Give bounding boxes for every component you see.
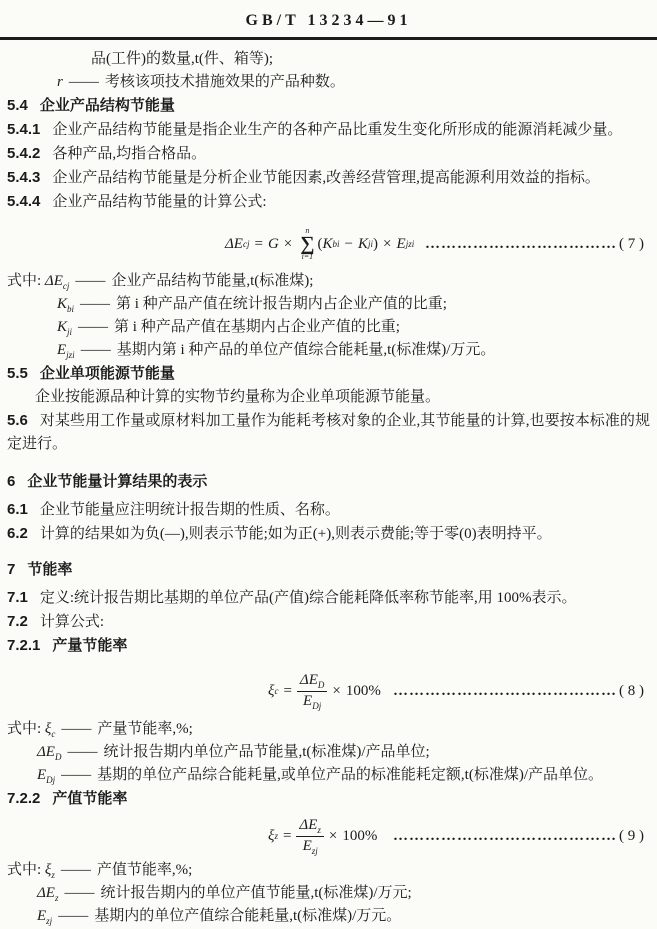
clause-5-5-text: 企业按能源品种计算的实物节约量称为企业单项能源节能量。	[7, 386, 650, 409]
continued-text-line: 品(工件)的数量,t(件、箱等);	[7, 48, 650, 71]
formula-8: ξc = ΔED EDj × 100% …………………………………… ( 8 )	[7, 664, 650, 718]
formula-8-where-EDj: EDj——基期的单位产品综合能耗量,或单位产品的标准能耗定额,t(标准煤)/产品…	[7, 764, 650, 787]
symbol-definition-r: r——考核该项技术措施效果的产品种数。	[7, 71, 650, 94]
clause-7-heading: 7节能率	[7, 558, 650, 582]
fraction: ΔED EDj	[297, 672, 327, 710]
formula-7-where-Ejzi: Ejzi——基期内第 i 种产品的单位产值综合能耗量,t(标准煤)/万元。	[7, 339, 650, 362]
clause-5-5-heading: 5.5企业单项能源节能量	[7, 362, 650, 386]
clause-5-4-4: 5.4.4企业产品结构节能量的计算公式:	[7, 190, 650, 214]
formula-number: ( 7 )	[617, 236, 644, 253]
summation-symbol: n ∑ i=1	[300, 227, 314, 261]
dot-leader: ………………………………	[425, 236, 617, 253]
formula-9-where-xi: 式中: ξz——产值节能率,%;	[7, 859, 650, 882]
clause-7-1: 7.1定义:统计报告期比基期的单位产品(产值)综合能耗降低率称节能率,用 100…	[7, 586, 650, 610]
formula-number: ( 8 )	[617, 683, 644, 700]
document-page: GB/T 13234—91 品(工件)的数量,t(件、箱等); r——考核该项技…	[0, 0, 657, 929]
clause-6-2: 6.2计算的结果如为负(—),则表示节能;如为正(+),则表示费能;等于零(0)…	[7, 522, 650, 546]
formula-7-where-Kbi: Kbi——第 i 种产品产值在统计报告期内占企业产值的比重;	[7, 293, 650, 316]
fraction: ΔEz Ezj	[296, 817, 323, 855]
dot-leader: ……………………………………	[393, 828, 617, 845]
formula-9: ξz = ΔEz Ezj × 100% …………………………………… ( 9 )	[7, 813, 650, 859]
dot-leader: ……………………………………	[393, 683, 617, 700]
clause-7-2: 7.2计算公式:	[7, 610, 650, 634]
clause-5-4-2: 5.4.2各种产品,均指合格品。	[7, 142, 650, 166]
clause-5-4-heading: 5.4企业产品结构节能量	[7, 94, 650, 118]
clause-6-1: 6.1企业节能量应注明统计报告期的性质、名称。	[7, 498, 650, 522]
clause-5-6: 5.6对某些用工作量或原材料加工量作为能耗考核对象的企业,其节能量的计算,也要按…	[7, 409, 650, 456]
formula-9-where-Ezj: Ezj——基期内的单位产值综合能耗量,t(标准煤)/万元。	[7, 905, 650, 928]
clause-7-2-2-heading: 7.2.2产值节能率	[7, 787, 650, 811]
clause-5-4-1: 5.4.1企业产品结构节能量是指企业生产的各种产品比重发生变化所形成的能源消耗减…	[7, 118, 650, 142]
formula-7-where-dEcj: 式中: ΔEcj——企业产品结构节能量,t(标准煤);	[7, 270, 650, 293]
formula-number: ( 9 )	[617, 828, 644, 845]
formula-7-where-Kji: Kji——第 i 种产品产值在基期内占企业产值的比重;	[7, 316, 650, 339]
clause-7-2-1-heading: 7.2.1产量节能率	[7, 634, 650, 658]
formula-8-where-dED: ΔED——统计报告期内单位产品节能量,t(标准煤)/产品单位;	[7, 741, 650, 764]
clause-6-heading: 6企业节能量计算结果的表示	[7, 470, 650, 494]
standard-number: GB/T 13234—91	[0, 0, 657, 30]
formula-7: ΔEcj = G × n ∑ i=1 (Kbi − Kji) × Ejzi ………	[7, 218, 650, 270]
document-body: 品(工件)的数量,t(件、箱等); r——考核该项技术措施效果的产品种数。 5.…	[0, 40, 657, 928]
formula-9-where-dEz: ΔEz——统计报告期内的单位产值节能量,t(标准煤)/万元;	[7, 882, 650, 905]
clause-5-4-3: 5.4.3企业产品结构节能量是分析企业节能因素,改善经营管理,提高能源利用效益的…	[7, 166, 650, 190]
formula-8-where-xi: 式中: ξc——产量节能率,%;	[7, 718, 650, 741]
